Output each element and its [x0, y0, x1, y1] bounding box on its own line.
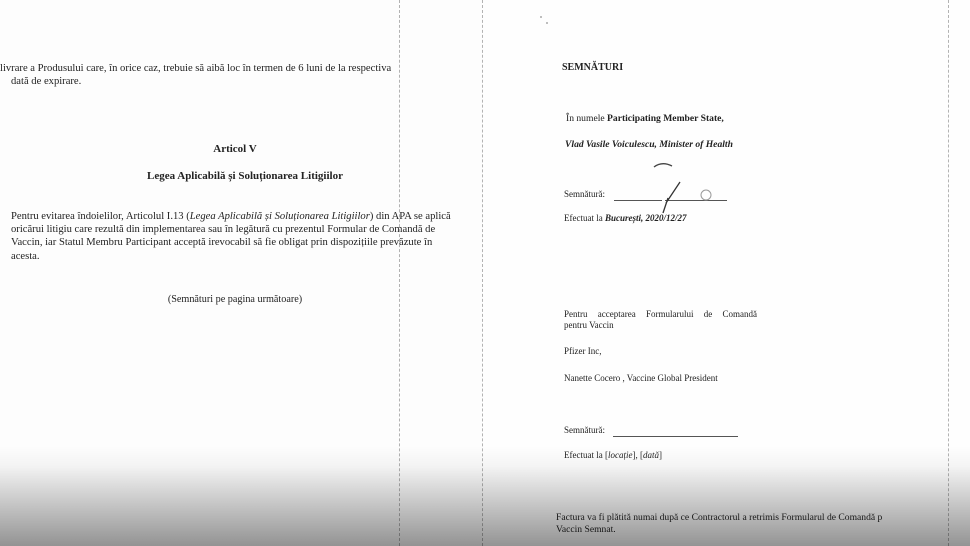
page-fold-line: [948, 0, 949, 546]
contractor-signatory: Nanette Cocero , Vaccine Global Presiden…: [564, 372, 718, 385]
paragraph-text-start: Pentru evitarea îndoielilor, Articolul I…: [11, 211, 190, 222]
executed-separator: ], [: [632, 450, 643, 460]
page-fold-line: [482, 0, 483, 546]
member-state-on-behalf: În numele Participating Member State,: [566, 112, 724, 125]
executed-date-placeholder: dată: [643, 450, 659, 460]
executed-location-placeholder: locație: [608, 450, 633, 460]
handwritten-signature-icon: [602, 155, 742, 215]
scan-speck: [540, 16, 542, 18]
executed-place-date: București, 2020/12/27: [605, 213, 687, 223]
paragraph-italic-ref: Legea Aplicabilă și Soluționarea Litigii…: [190, 211, 370, 222]
contractor-signature-line: [613, 436, 738, 437]
signatures-heading: SEMNĂTURI: [562, 61, 623, 74]
on-behalf-entity: Participating Member State,: [607, 113, 724, 124]
member-state-executed: Efectuat la București, 2020/12/27: [564, 212, 687, 225]
acceptance-line-2: pentru Vaccin: [564, 319, 614, 332]
right-document-page: SEMNĂTURI În numele Participating Member…: [482, 0, 970, 546]
left-document-page: livrare a Produsului care, în orice caz,…: [0, 0, 482, 546]
article-title: Legea Aplicabilă și Soluționarea Litigii…: [0, 170, 490, 183]
contractor-executed: Efectuat la [locație], [dată]: [564, 449, 662, 462]
intro-line-1: livrare a Produsului care, în orice caz,…: [0, 62, 391, 75]
contractor-company: Pfizer Inc,: [564, 345, 601, 358]
article-paragraph: Pentru evitarea îndoielilor, Articolul I…: [11, 210, 461, 263]
executed-prefix: Efectuat la: [564, 213, 605, 223]
member-state-signatory: Vlad Vasile Voiculescu, Minister of Heal…: [565, 138, 733, 151]
on-behalf-prefix: În numele: [566, 113, 607, 124]
member-state-signature-label: Semnătură:: [564, 188, 605, 201]
executed-suffix: ]: [659, 450, 662, 460]
scan-speck: [546, 22, 548, 24]
intro-line-2: dată de expirare.: [11, 75, 81, 88]
invoice-note-line-2: Vaccin Semnat.: [556, 523, 616, 536]
contractor-signature-label: Semnătură:: [564, 424, 605, 437]
page-fold-line: [399, 0, 400, 546]
executed-prefix: Efectuat la [: [564, 450, 608, 460]
